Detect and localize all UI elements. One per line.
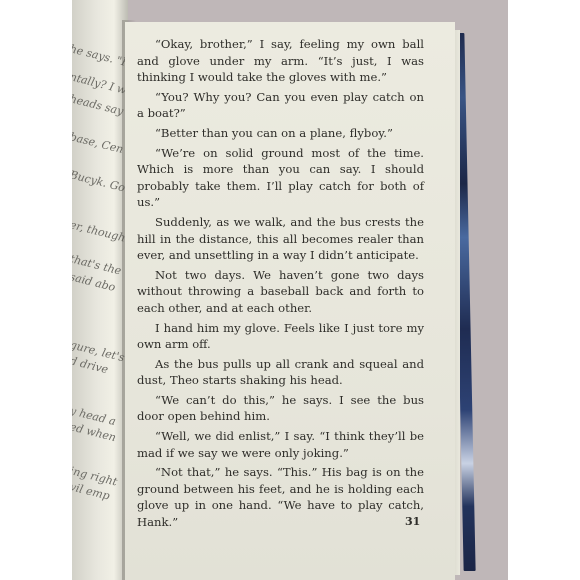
- left-page-fragment: Bucyk. Gor: [72, 168, 128, 196]
- left-page-fragment: heads say: [72, 92, 125, 118]
- paragraph: “Not that,” he says. “This.” His bag is …: [137, 464, 424, 530]
- book-page: “Okay, brother,” I say, feeling my own b…: [125, 22, 455, 580]
- left-page-fragment: er, though: [72, 218, 127, 244]
- paragraph: “Well, we did enlist,” I say. “I think t…: [137, 428, 424, 461]
- paragraph: “Okay, brother,” I say, feeling my own b…: [137, 36, 424, 86]
- paragraph: “We can’t do this,” he says. I see the b…: [137, 392, 424, 425]
- page-number: 31: [405, 515, 420, 528]
- paragraph: “Better than you can on a plane, flyboy.…: [137, 125, 424, 142]
- paragraph: “We’re on solid ground most of the time.…: [137, 145, 424, 211]
- paragraph: “You? Why you? Can you even play catch o…: [137, 89, 424, 122]
- paragraph: As the bus pulls up all crank and squeal…: [137, 356, 424, 389]
- paragraph: Suddenly, as we walk, and the bus crests…: [137, 214, 424, 264]
- paragraph: I hand him my glove. Feels like I just t…: [137, 320, 424, 353]
- page-body-text: “Okay, brother,” I say, feeling my own b…: [137, 36, 424, 534]
- paragraph: Not two days. We haven’t gone two days w…: [137, 267, 424, 317]
- left-page-fragment: he says. "Ho: [72, 42, 128, 71]
- left-page-fragment: base, Cen: [72, 130, 125, 156]
- curled-left-page: he says. "Ho ntally? I wa heads say base…: [72, 0, 128, 580]
